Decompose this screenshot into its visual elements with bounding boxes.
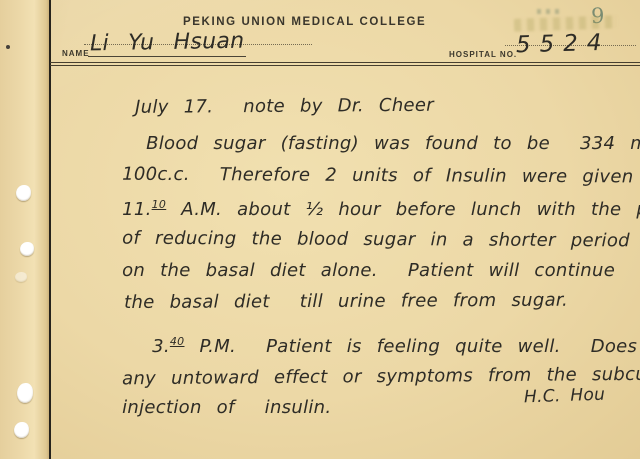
- institution-title: PEKING UNION MEDICAL COLLEGE: [183, 16, 426, 28]
- hospital-no-value: 5524: [516, 32, 611, 57]
- stamp-mark: [537, 9, 559, 14]
- header-divider-rule: [50, 62, 640, 66]
- superscript-minutes: 10: [152, 198, 167, 211]
- superscript-minutes: 40: [170, 335, 185, 348]
- punch-hole: [15, 272, 27, 282]
- punch-hole: [14, 422, 29, 438]
- patient-name-value: Li Yu Hsuan: [90, 31, 245, 56]
- name-field-label: NAME: [62, 49, 90, 58]
- name-pen-underline: [88, 56, 246, 57]
- paper-speck: [6, 45, 10, 49]
- punch-hole: [17, 383, 33, 403]
- line-text: injection of insulin.: [122, 397, 331, 418]
- punch-hole: [20, 242, 34, 256]
- punch-hole: [16, 185, 31, 201]
- hospital-no-field-label: HOSPITAL NO.: [449, 50, 517, 59]
- line-text: the basal diet till urine free from suga…: [124, 290, 568, 313]
- note-heading: note by Dr. Cheer: [243, 95, 434, 117]
- doctor-signature: H.C. Hou: [524, 387, 606, 407]
- note-date: July 17.: [135, 96, 213, 118]
- handwritten-line: injection of insulin.: [62, 381, 331, 435]
- medical-record-page: PEKING UNION MEDICAL COLLEGE 9 NAME Li Y…: [0, 0, 640, 459]
- binding-edge-rule: [49, 0, 51, 459]
